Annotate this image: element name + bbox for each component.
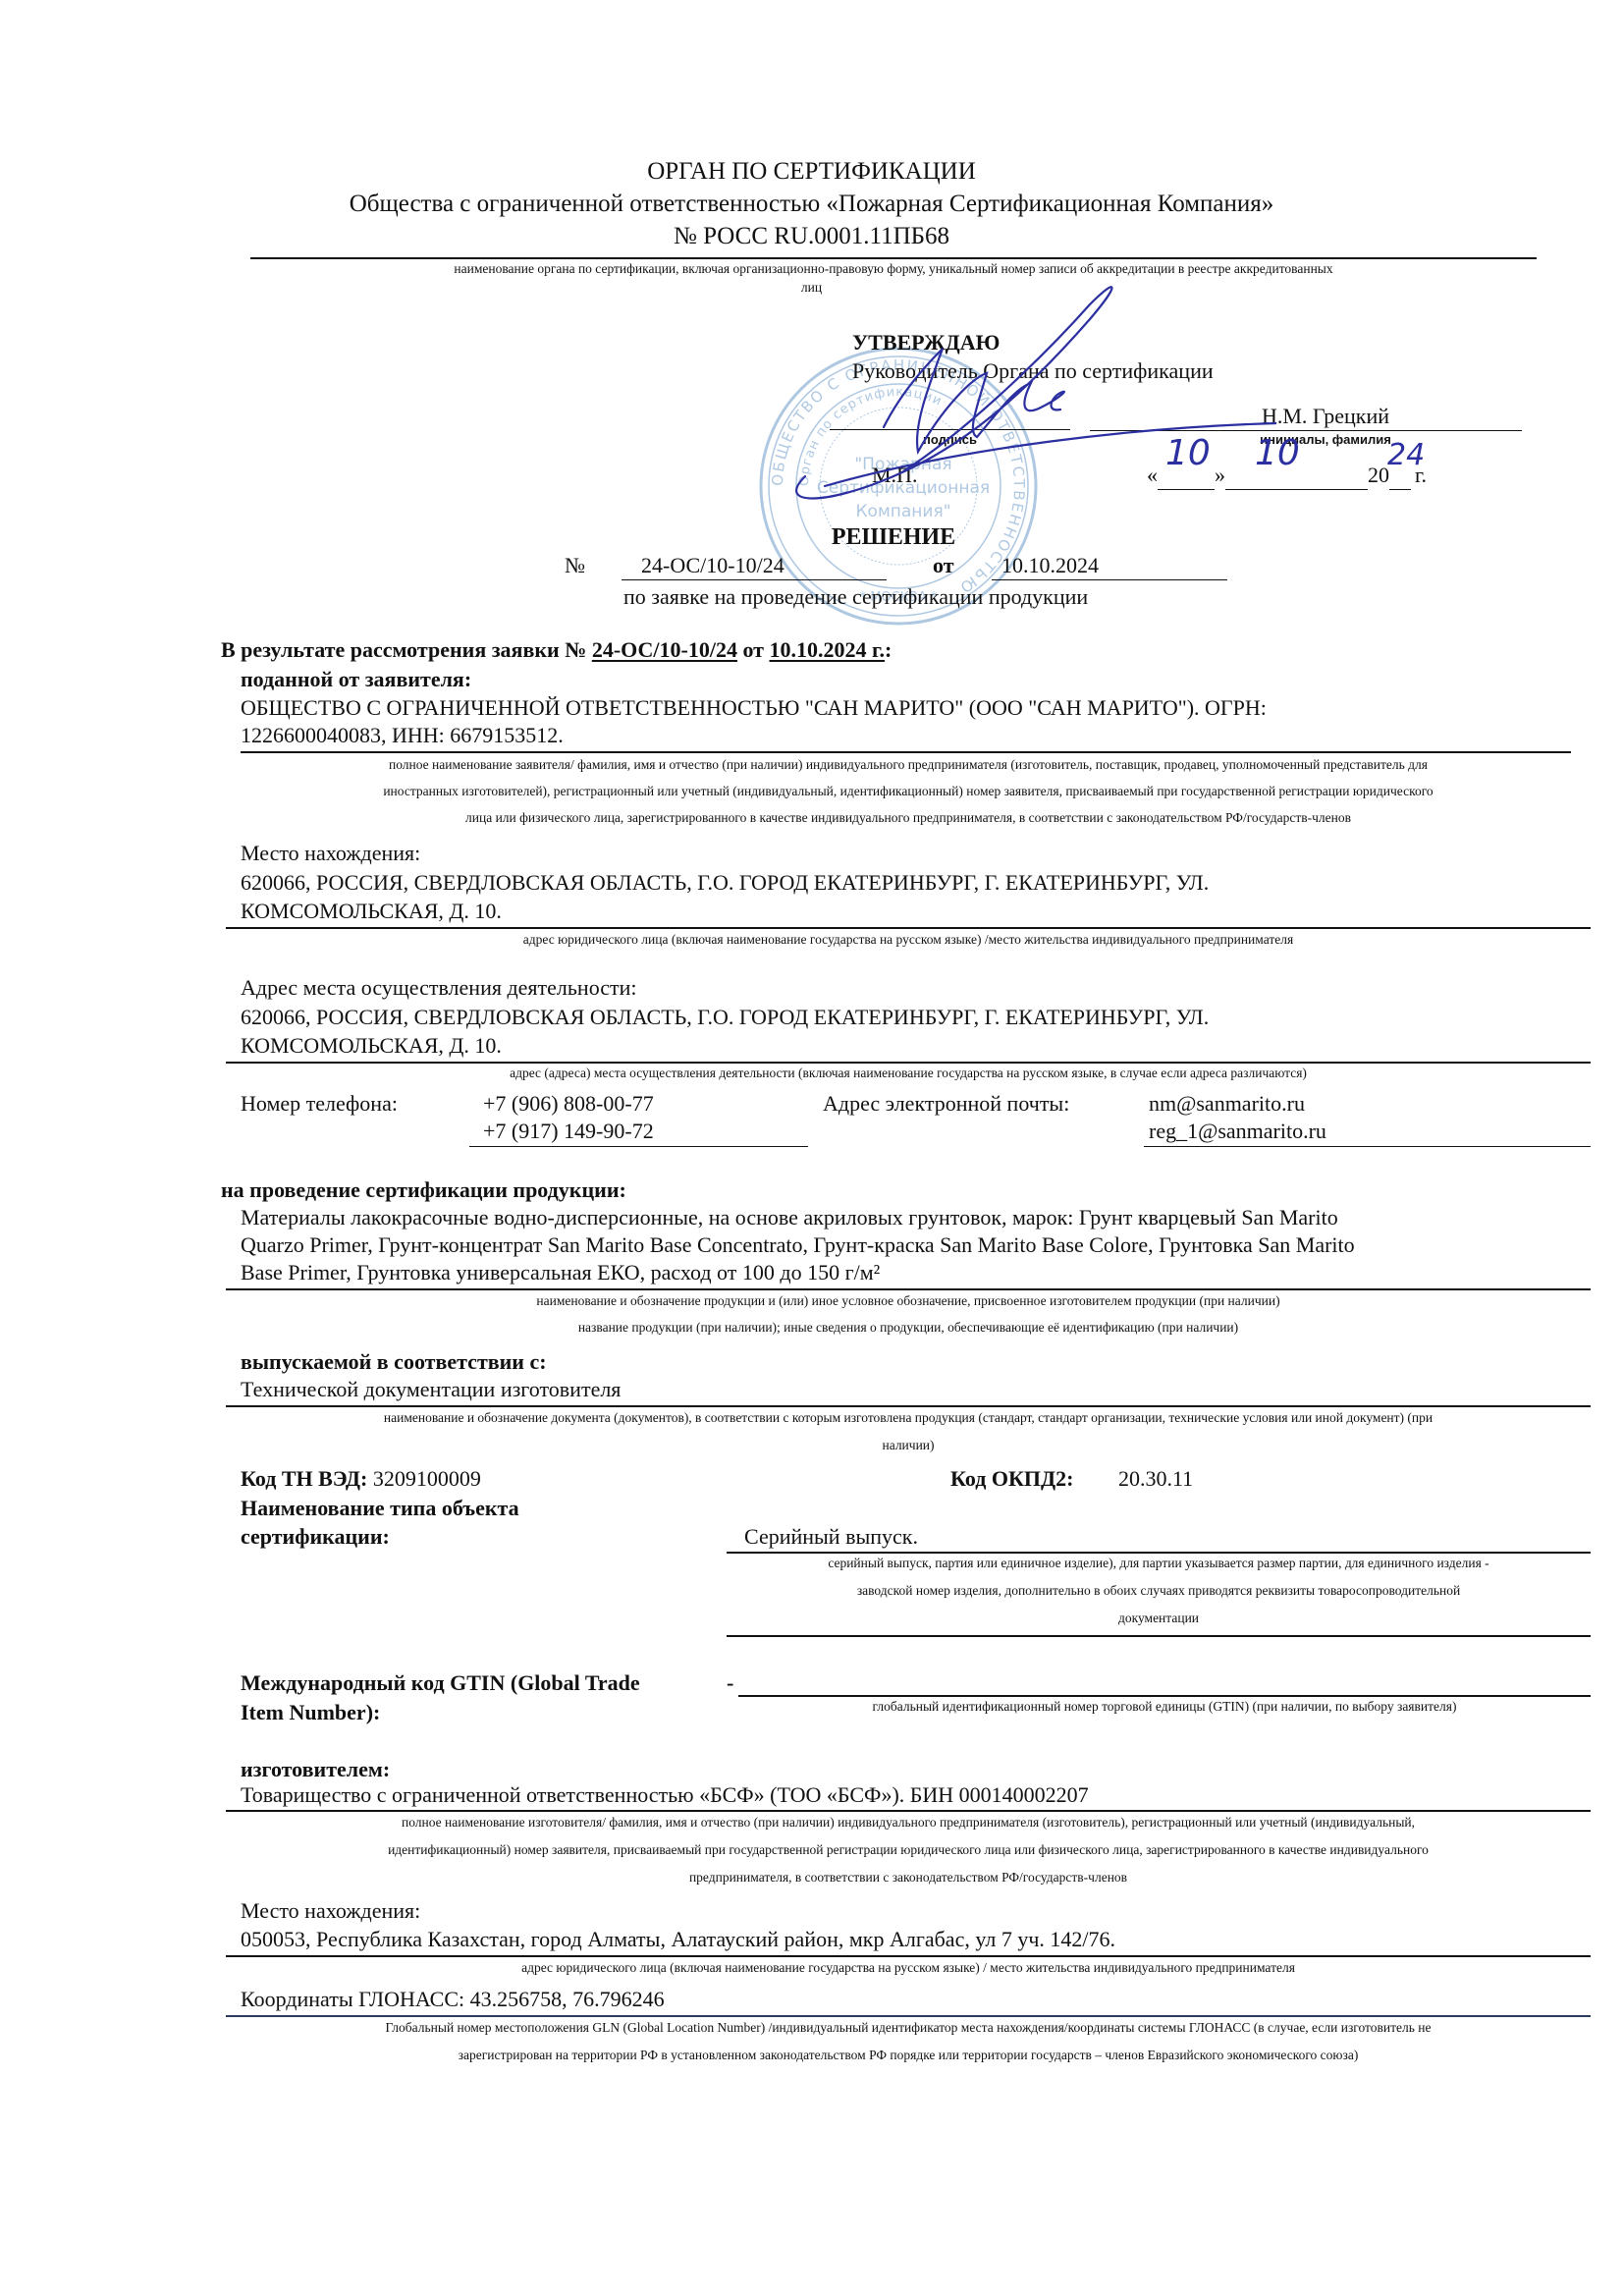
date-month-field: 10 — [1225, 462, 1368, 490]
review-application-date: 10.10.2024 г. — [770, 637, 886, 662]
tnved-code: Код ТН ВЭД: 3209100009 — [241, 1465, 481, 1493]
date-day-handwritten: 10 — [1165, 440, 1211, 467]
email-1[interactable]: nm@sanmarito.ru — [1149, 1090, 1305, 1118]
phone-1: +7 (906) 808-00-77 — [483, 1090, 654, 1118]
activity-address-rule — [226, 1062, 1591, 1064]
signature-caption: подпись — [830, 432, 1070, 447]
activity-address-line1: 620066, РОССИЯ, СВЕРДЛОВСКАЯ ОБЛАСТЬ, Г.… — [241, 1004, 1571, 1031]
date-day-field: 10 — [1158, 462, 1215, 490]
email-rule — [1144, 1146, 1591, 1147]
compliance-rule — [226, 1405, 1591, 1407]
product-caption-line1: наименование и обозначение продукции и (… — [226, 1292, 1591, 1310]
gtin-rule — [738, 1695, 1591, 1697]
compliance-caption-line2: наличии) — [226, 1437, 1591, 1454]
manufacturer-value: Товарищество с ограниченной ответственно… — [241, 1781, 1089, 1809]
applicant-caption-line3: лица или физического лица, зарегистриров… — [226, 809, 1591, 827]
location-line2: КОМСОМОЛЬСКАЯ, Д. 10. — [241, 898, 502, 925]
applicant-caption-line2: иностранных изготовителей), регистрацион… — [226, 783, 1591, 800]
applicant-name-line1: ОБЩЕСТВО С ОГРАНИЧЕННОЙ ОТВЕТСТВЕННОСТЬЮ… — [241, 694, 1571, 722]
date-year-handwritten: 24 — [1387, 442, 1425, 469]
review-intro-suffix: : — [885, 637, 892, 662]
gtin-label-line1: Международный код GTIN (Global Trade — [241, 1669, 640, 1697]
product-line2: Quarzo Primer, Грунт-концентрат San Mari… — [241, 1231, 1571, 1259]
stamp-center-line3: Компания" — [855, 502, 950, 521]
phone-label: Номер телефона: — [241, 1090, 398, 1118]
tnved-value: 3209100009 — [373, 1466, 481, 1491]
approval-heading: УТВЕРЖДАЮ — [852, 329, 1000, 356]
glonass-caption-line2: зарегистрирован на территории РФ в устан… — [226, 2047, 1591, 2064]
object-type-rule — [727, 1552, 1591, 1554]
decision-number-label: № — [565, 552, 585, 579]
review-intro-from: от — [742, 637, 764, 662]
date-month-handwritten: 10 — [1255, 440, 1300, 467]
manufacturer-caption-line2: идентификационный) номер заявителя, прис… — [226, 1841, 1591, 1859]
review-intro-prefix: В результате рассмотрения заявки № — [221, 637, 586, 662]
header-rule — [250, 257, 1537, 259]
location-rule — [226, 927, 1591, 929]
phone-2: +7 (917) 149-90-72 — [483, 1118, 654, 1145]
date-year-prefix: 20 — [1368, 463, 1389, 487]
name-line — [1090, 430, 1522, 431]
review-intro: В результате рассмотрения заявки № 24-ОС… — [221, 636, 892, 664]
object-type-value: Серийный выпуск. — [744, 1523, 918, 1551]
gtin-value: - — [727, 1669, 733, 1697]
okpd-code: Код ОКПД2: 20.30.11 — [950, 1465, 1193, 1493]
activity-address-caption: адрес (адреса) места осуществления деяте… — [226, 1065, 1591, 1082]
object-type-caption-line1: серийный выпуск, партия или единичное из… — [727, 1555, 1591, 1572]
applicant-rule — [241, 751, 1571, 753]
product-caption-line2: название продукции (при наличии); иные с… — [226, 1319, 1591, 1337]
signature-line — [830, 429, 1070, 430]
decision-number: 24-ОС/10-10/24 — [622, 552, 887, 580]
product-line1: Материалы лакокрасочные водно-дисперсион… — [241, 1204, 1571, 1231]
phone-rule — [469, 1146, 808, 1147]
manufacturer-rule — [226, 1810, 1591, 1812]
applicant-name-line2: 1226600040083, ИНН: 6679153512. — [241, 722, 564, 749]
glonass-coordinates: Координаты ГЛОНАСС: 43.256758, 76.796246 — [241, 1986, 665, 2013]
name-caption: инициалы, фамилия — [1178, 432, 1473, 447]
manufacturer-location-rule — [226, 1955, 1591, 1957]
decision-subtitle: по заявке на проведение сертификации про… — [623, 583, 1088, 611]
decision-date: 10.10.2024 — [992, 552, 1227, 580]
object-type-caption-line3: документации — [727, 1610, 1591, 1627]
manufacturer-location-label: Место нахождения: — [241, 1897, 420, 1925]
email-label: Адрес электронной почты: — [823, 1090, 1069, 1118]
object-type-label-line1: Наименование типа объекта — [241, 1495, 519, 1522]
object-type-label-line2: сертификации: — [241, 1523, 390, 1551]
okpd-label: Код ОКПД2: — [950, 1466, 1074, 1491]
header-caption-line2: лиц — [0, 279, 1623, 297]
email-2[interactable]: reg_1@sanmarito.ru — [1149, 1118, 1326, 1145]
gtin-label-line2: Item Number): — [241, 1699, 380, 1726]
header-caption-line1: наименование органа по сертификации, вкл… — [226, 260, 1561, 278]
compliance-value: Технической документации изготовителя — [241, 1376, 621, 1403]
manufacturer-caption-line3: предпринимателя, в соответствии с законо… — [226, 1869, 1591, 1886]
product-line3: Base Primer, Грунтовка универсальная ЕКО… — [241, 1259, 880, 1286]
manufacturer-label: изготовителем: — [241, 1756, 390, 1783]
date-open-quote: « — [1147, 463, 1158, 487]
compliance-label: выпускаемой в соответствии с: — [241, 1348, 547, 1376]
seal-label: М.П. — [872, 462, 917, 489]
gtin-caption: глобальный идентификационный номер торго… — [738, 1698, 1591, 1716]
accreditation-number: № РОСС RU.0001.11ПБ68 — [0, 222, 1623, 251]
applicant-label: поданной от заявителя: — [241, 666, 471, 693]
object-type-bottom-rule — [727, 1635, 1591, 1637]
okpd-value: 20.30.11 — [1118, 1466, 1193, 1491]
tnved-label: Код ТН ВЭД: — [241, 1466, 367, 1491]
compliance-caption-line1: наименование и обозначение документа (до… — [226, 1409, 1591, 1427]
signatory-name: Н.М. Грецкий — [1129, 403, 1522, 430]
date-close-quote: » — [1215, 463, 1225, 487]
certification-body-name: Общества с ограниченной ответственностью… — [0, 190, 1623, 219]
location-label: Место нахождения: — [241, 840, 420, 867]
location-line1: 620066, РОССИЯ, СВЕРДЛОВСКАЯ ОБЛАСТЬ, Г.… — [241, 869, 1571, 897]
activity-address-label: Адрес места осуществления деятельности: — [241, 974, 637, 1002]
glonass-rule — [226, 2015, 1591, 2017]
approval-date: «10 »10 2024 г. — [1147, 462, 1427, 490]
product-label: на проведение сертификации продукции: — [221, 1176, 626, 1204]
decision-date-label: от — [933, 552, 954, 579]
review-application-number: 24-ОС/10-10/24 — [592, 637, 737, 662]
manufacturer-caption-line1: полное наименование изготовителя/ фамили… — [226, 1814, 1591, 1831]
object-type-caption-line2: заводской номер изделия, дополнительно в… — [727, 1582, 1591, 1600]
activity-address-line2: КОМСОМОЛЬСКАЯ, Д. 10. — [241, 1032, 502, 1060]
manufacturer-location-caption: адрес юридического лица (включая наимено… — [226, 1959, 1591, 1977]
product-rule — [226, 1288, 1591, 1290]
manufacturer-location-value: 050053, Республика Казахстан, город Алма… — [241, 1926, 1115, 1953]
date-year-field: 24 — [1389, 462, 1411, 490]
applicant-caption-line1: полное наименование заявителя/ фамилия, … — [226, 756, 1591, 774]
approval-role: Руководитель Органа по сертификации — [852, 357, 1214, 385]
decision-title: РЕШЕНИЕ — [746, 522, 1041, 552]
glonass-caption-line1: Глобальный номер местоположения GLN (Glo… — [226, 2019, 1591, 2037]
document-header-title: ОРГАН ПО СЕРТИФИКАЦИИ — [0, 157, 1623, 187]
location-caption: адрес юридического лица (включая наимено… — [226, 931, 1591, 949]
